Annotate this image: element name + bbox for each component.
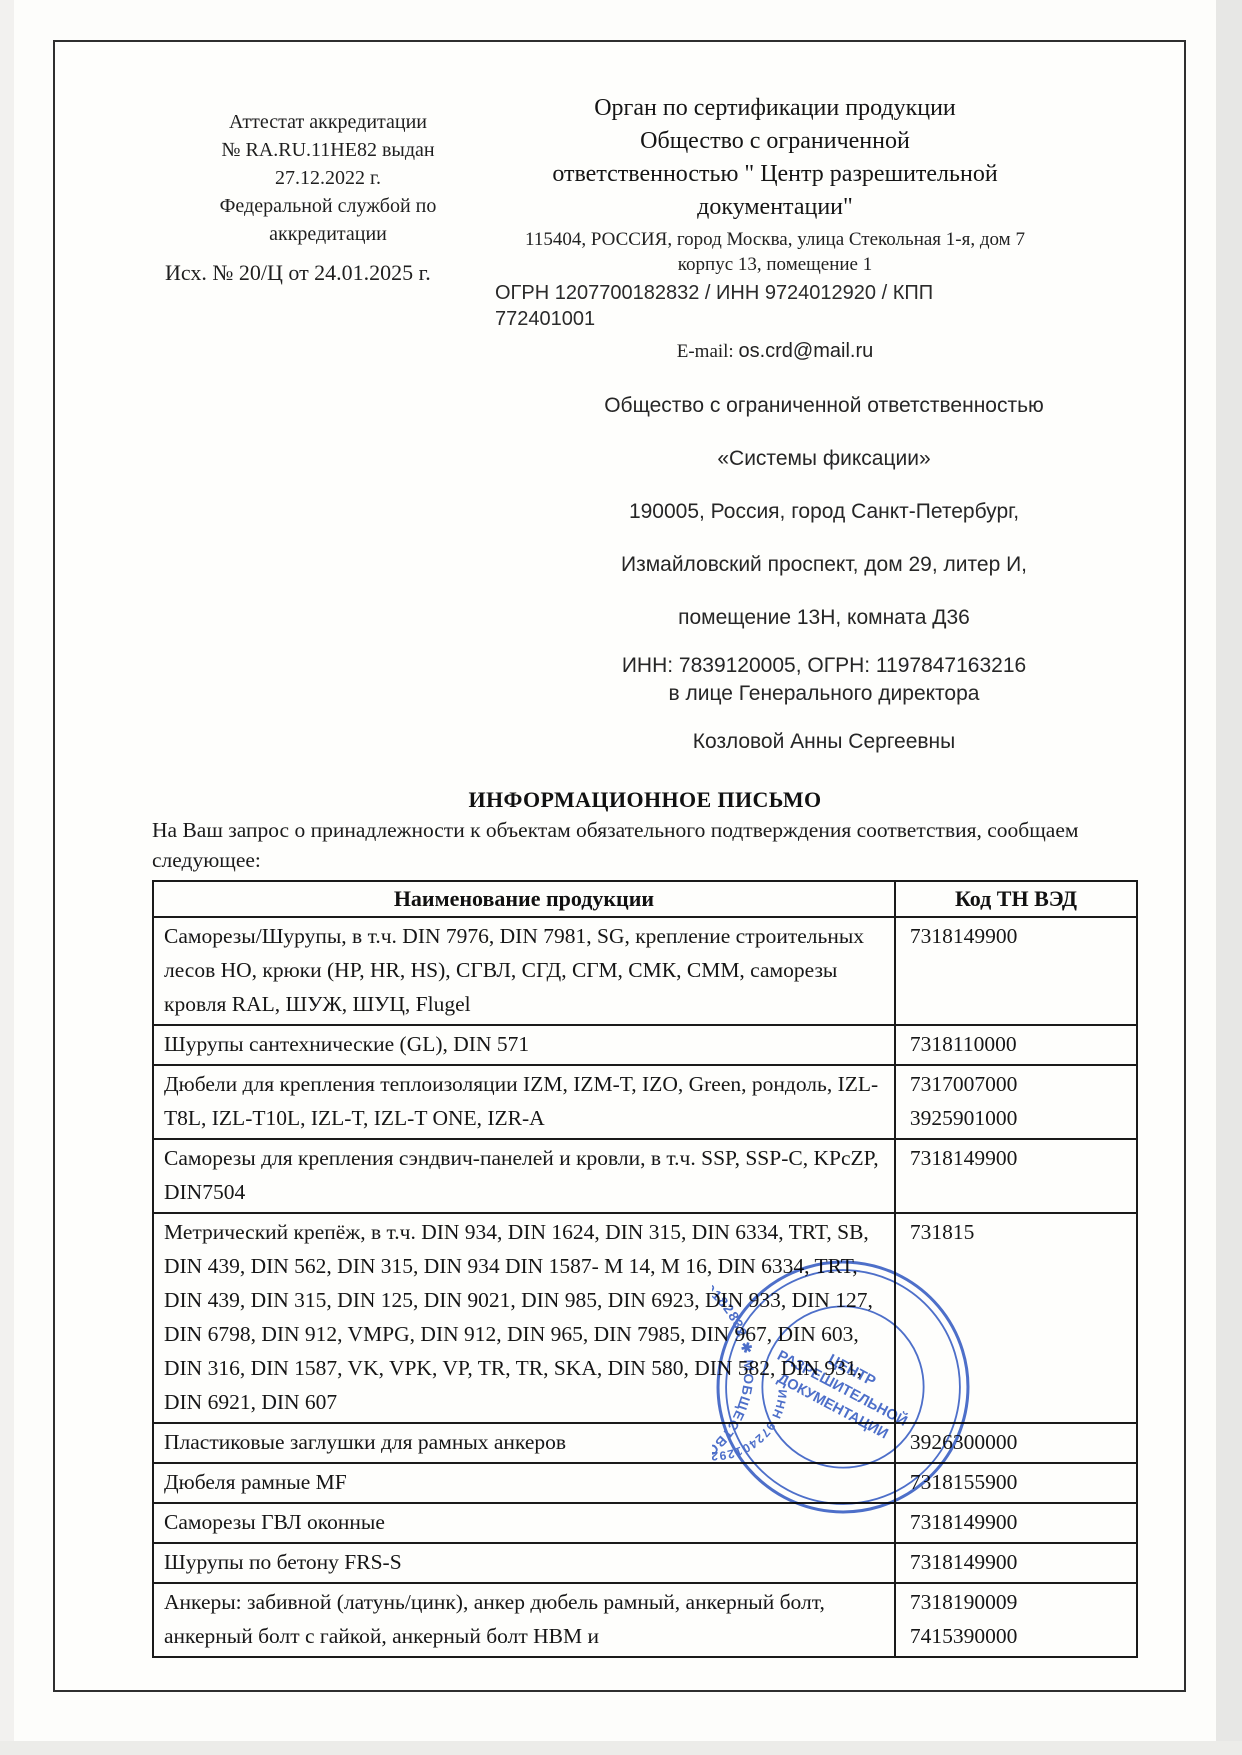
table-row: Дюбеля рамные MF 7318155900 — [153, 1463, 1137, 1503]
product-name-cell: Дюбеля рамные MF — [153, 1463, 895, 1503]
letter-body: ИНФОРМАЦИОННОЕ ПИСЬМО На Ваш запрос о пр… — [152, 786, 1138, 1658]
table-header-row: Наименование продукции Код ТН ВЭД — [153, 881, 1137, 917]
accreditation-line: Аттестат аккредитации — [183, 108, 473, 136]
org-title-line: Орган по сертификации продукции — [443, 92, 1107, 125]
product-name-cell: Пластиковые заглушки для рамных анкеров — [153, 1423, 895, 1463]
letter-title: ИНФОРМАЦИОННОЕ ПИСЬМО — [152, 786, 1138, 813]
certification-body-header: Орган по сертификации продукции Общество… — [443, 92, 1107, 363]
tnved-code-cell: 731815 — [895, 1213, 1137, 1423]
product-name-cell: Метрический крепёж, в т.ч. DIN 934, DIN … — [153, 1213, 895, 1423]
accreditation-line: Федеральной службой по — [183, 192, 473, 220]
table-row: Дюбели для крепления теплоизоляции IZM, … — [153, 1065, 1137, 1139]
addressee-line: Общество с ограниченной ответственностью — [523, 392, 1125, 420]
addressee-line: в лице Генерального директора — [523, 680, 1125, 708]
org-title-line: ответственностью " Центр разрешительной — [443, 158, 1107, 191]
product-name-cell: Анкеры: забивной (латунь/цинк), анкер дю… — [153, 1583, 895, 1657]
table-row: Пластиковые заглушки для рамных анкеров … — [153, 1423, 1137, 1463]
tnved-code-cell: 3926300000 — [895, 1423, 1137, 1463]
accreditation-note: Аттестат аккредитации № RA.RU.11HE82 выд… — [183, 108, 473, 248]
table-row: Саморезы/Шурупы, в т.ч. DIN 7976, DIN 79… — [153, 917, 1137, 1025]
accreditation-line: № RA.RU.11HE82 выдан — [183, 136, 473, 164]
tnved-code-cell: 7318149900 — [895, 917, 1137, 1025]
table-row: Анкеры: забивной (латунь/цинк), анкер дю… — [153, 1583, 1137, 1657]
tnved-code-cell: 7318155900 — [895, 1463, 1137, 1503]
outgoing-reference: Исх. № 20/Ц от 24.01.2025 г. — [165, 260, 431, 286]
table-row: Шурупы по бетону FRS-S 7318149900 — [153, 1543, 1137, 1583]
addressee-block: Общество с ограниченной ответственностью… — [523, 392, 1125, 756]
org-title-line: документации" — [443, 191, 1107, 224]
page-frame: Аттестат аккредитации № RA.RU.11HE82 выд… — [53, 40, 1186, 1692]
table-row: Саморезы для крепления сэндвич-панелей и… — [153, 1139, 1137, 1213]
table-row: Шурупы сантехнические (GL), DIN 571 7318… — [153, 1025, 1137, 1065]
tnved-code-cell: 7318149900 — [895, 1139, 1137, 1213]
tnved-code-cell: 7318149900 — [895, 1543, 1137, 1583]
addressee-line: 190005, Россия, город Санкт-Петербург, — [523, 498, 1125, 526]
addressee-line: помещение 13Н, комната Д36 — [523, 604, 1125, 632]
accreditation-line: 27.12.2022 г. — [183, 164, 473, 192]
product-name-cell: Саморезы для крепления сэндвич-панелей и… — [153, 1139, 895, 1213]
email-value: os.crd@mail.ru — [738, 340, 873, 362]
addressee-line: Измайловский проспект, дом 29, литер И, — [523, 551, 1125, 579]
product-name-cell: Саморезы ГВЛ оконные — [153, 1503, 895, 1543]
scan-edge-right — [1216, 0, 1242, 1755]
tnved-code-cell: 7317007000 3925901000 — [895, 1065, 1137, 1139]
letter-intro: На Ваш запрос о принадлежности к объекта… — [152, 815, 1138, 875]
org-title-line: Общество с ограниченной — [443, 125, 1107, 158]
org-registration-numbers: ОГРН 1207700182832 / ИНН 9724012920 / КП… — [495, 280, 980, 332]
product-name-cell: Шурупы сантехнические (GL), DIN 571 — [153, 1025, 895, 1065]
tnved-code-cell: 7318149900 — [895, 1503, 1137, 1543]
org-address: 115404, РОССИЯ, город Москва, улица Стек… — [443, 227, 1107, 277]
addressee-line: Козловой Анны Сергеевны — [523, 728, 1125, 756]
product-name-cell: Шурупы по бетону FRS-S — [153, 1543, 895, 1583]
tnved-code-cell: 7318190009 7415390000 — [895, 1583, 1137, 1657]
product-name-cell: Дюбели для крепления теплоизоляции IZM, … — [153, 1065, 895, 1139]
scan-edge-bottom — [0, 1741, 1242, 1755]
scanned-letter-page: { "letterhead": { "accreditation": { "li… — [0, 0, 1242, 1755]
org-title: Орган по сертификации продукции Общество… — [443, 92, 1107, 224]
table-row: Саморезы ГВЛ оконные 7318149900 — [153, 1503, 1137, 1543]
scan-edge-left — [0, 0, 14, 1755]
addressee-line: «Системы фиксации» — [523, 445, 1125, 473]
table-header-code: Код ТН ВЭД — [895, 881, 1137, 917]
table-header-product: Наименование продукции — [153, 881, 895, 917]
tnved-code-cell: 7318110000 — [895, 1025, 1137, 1065]
email-label: E-mail: — [677, 341, 734, 362]
org-address-line: корпус 13, помещение 1 — [443, 252, 1107, 277]
org-address-line: 115404, РОССИЯ, город Москва, улица Стек… — [443, 227, 1107, 252]
accreditation-line: аккредитации — [183, 220, 473, 248]
product-name-cell: Саморезы/Шурупы, в т.ч. DIN 7976, DIN 79… — [153, 917, 895, 1025]
products-table: Наименование продукции Код ТН ВЭД Саморе… — [152, 880, 1138, 1658]
org-email: E-mail: os.crd@mail.ru — [443, 340, 1107, 363]
table-row: Метрический крепёж, в т.ч. DIN 934, DIN … — [153, 1213, 1137, 1423]
addressee-line: ИНН: 7839120005, ОГРН: 1197847163216 — [523, 652, 1125, 680]
